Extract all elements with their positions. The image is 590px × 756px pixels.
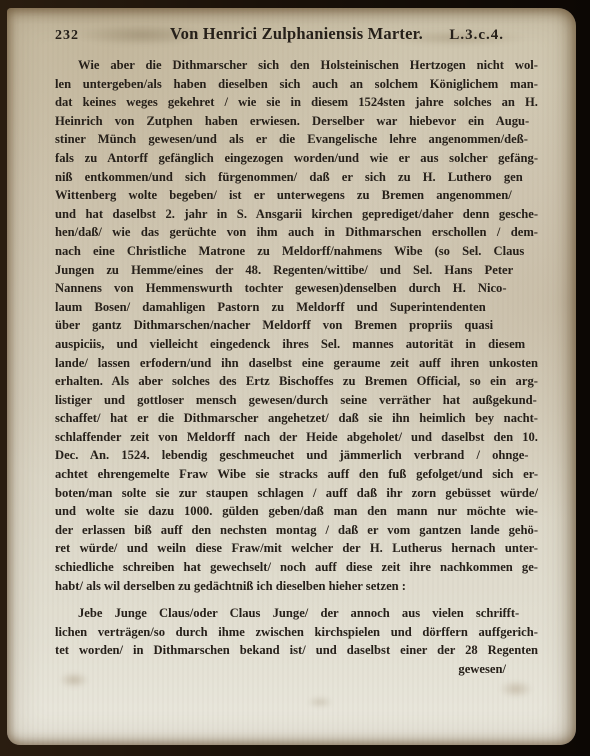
text-line: boten/man solte sie zur staupen schlagen… [55,484,538,503]
paragraph: Jebe Junge Claus/oder Claus Junge/ der a… [55,604,538,660]
text-line: Dec. An. 1524. lebendig geschmeuchet und… [55,446,538,465]
text-line: Jebe Junge Claus/oder Claus Junge/ der a… [55,604,538,623]
text-line: hen/daß/ wie das gerüchte von ihm auch i… [55,223,538,242]
running-header: 232 Von Henrici Zulphaniensis Marter. L.… [55,24,538,44]
text-line: laum Bosen/ damahligen Pastorn zu Meldor… [55,298,538,317]
text-line: Wie aber die Dithmarscher sich den Holst… [55,56,538,75]
text-line: ret würde/ und weiln diese Fraw/mit welc… [55,539,538,558]
text-line: Jungen zu Hemme/eines der 48. Regenten/w… [55,261,538,280]
text-line: nach eine Christliche Matrone zu Meldorf… [55,242,538,261]
text-line: dat keines weges gekehret / wie sie in d… [55,93,538,112]
text-line: schaffet/ hat er die Dithmarscher angehe… [55,409,538,428]
page-number: 232 [55,28,170,44]
scanned-book-page: 232 Von Henrici Zulphaniensis Marter. L.… [0,0,590,756]
text-line: tet worden/ in Dithmarschen bekand ist/ … [55,641,538,660]
chapter-reference: L.3.c.4. [449,27,504,44]
text-line: der erlassen biß auff den nechsten monta… [55,521,538,540]
text-line: über gantz Dithmarschen/nacher Meldorff … [55,316,538,335]
text-line: schlaffender zeit von Meldorff nach der … [55,428,538,447]
paragraph: Wie aber die Dithmarscher sich den Holst… [55,56,538,595]
text-line: Heinrich von Zutphen haben erwiesen. Der… [55,112,538,131]
text-line: schiedliche schreiben hat gewechselt/ no… [55,558,538,577]
text-line: lichen verträgen/so durch ihme zwischen … [55,623,538,642]
body-text: Wie aber die Dithmarscher sich den Holst… [55,56,538,660]
text-line: habt/ als wil derselben zu gedächtniß ic… [55,577,538,596]
text-line: und wolte sie dazu 1000. gülden geben/da… [55,502,538,521]
page-content: 232 Von Henrici Zulphaniensis Marter. L.… [55,24,538,679]
text-line: achtet ehrengemelte Fraw Wibe sie strack… [55,465,538,484]
text-line: erhalten. Als aber solches des Ertz Bisc… [55,372,538,391]
text-line: stiner Münch gewesen/und als er die Evan… [55,130,538,149]
catchword: gewesen/ [458,662,506,676]
text-line: niß entkommen/und sich fürgenommen/ daß … [55,168,538,187]
text-line: Wittenberg wolte begeben/ ist er unterwe… [55,186,538,205]
paper-stain [307,696,333,708]
text-line: und hat daselbst 2. jahr in S. Ansgarii … [55,205,538,224]
text-line: listiger und gottloser mensch gewesen/du… [55,391,538,410]
text-line: lande/ lassen erfodern/und ihn daselbst … [55,354,538,373]
text-line: auspiciis, und vielleicht eingedenck ihr… [55,335,538,354]
running-title: Von Henrici Zulphaniensis Marter. [170,24,423,44]
paper-page: 232 Von Henrici Zulphaniensis Marter. L.… [7,8,576,745]
text-line: Nannens von Hemmenswurth tochter gewesen… [55,279,538,298]
text-line: fals zu Antorff gefänglich eingezogen wo… [55,149,538,168]
text-line: len untergeben/als haben dieselben sich … [55,75,538,94]
paper-stain [499,680,533,698]
catchword-row: gewesen/ [55,660,538,679]
